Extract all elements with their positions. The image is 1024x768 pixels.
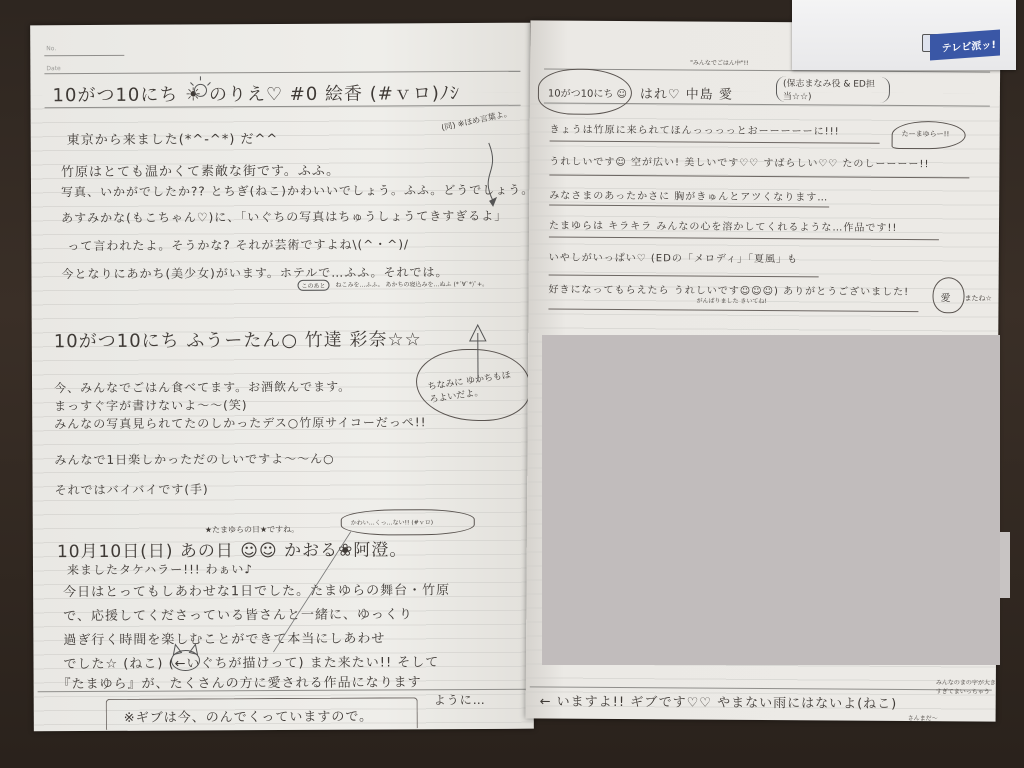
date-heart: 10がつ10にち ☺ [548, 84, 627, 100]
balloon-note: たーまゆらー!! [902, 129, 950, 139]
entry3-superscript: ★たまゆらの日★ですね。 [205, 524, 299, 535]
entry-line: みなさまのあったかさに 胸がきゅんとアツくなります… [549, 187, 828, 204]
entry-line: いやしがいっぱい♡ (EDの「メロディ」「夏風」も [549, 249, 798, 266]
after-badge: このあと [297, 280, 329, 291]
entry-line: きょうは竹原に来られてほんっっっっとおーーーーーに!!! [550, 121, 840, 138]
heart-note: 愛 [940, 289, 950, 304]
entry-title: はれ♡ 中島 愛 [640, 83, 733, 103]
entry1-line: って言われたよ。そうかな? それが芸術ですよね\(^・^)/ [67, 235, 409, 254]
sub-note: がんばりました きいてね! [696, 296, 766, 305]
header-note: "みんなでごはん中"!! [690, 57, 748, 66]
no-field-line [44, 55, 124, 56]
entry3-line: 過ぎ行く時間を楽しむことができて本当にしあわせ [63, 627, 385, 648]
small-note: みんなのまの字が大きすぎてまいっちゃう [936, 677, 996, 695]
entry2-line: それではバイバイです(手) [55, 480, 209, 498]
entry2-line: 今、みんなでごはん食べてます。お酒飲んでます。 [54, 378, 351, 397]
speech-note: かわい…くっ…ない!! (#ｖロ) [351, 517, 433, 526]
redacted-region-notch [1000, 532, 1010, 598]
redacted-region [542, 335, 1000, 665]
entry2-line: まっすぐ字が書けないよ〜〜(笑) [54, 396, 247, 414]
date-label: Date [46, 65, 60, 72]
entry3-line: で、応援してくださっている皆さんと一緒に、ゆっくり [63, 603, 413, 624]
entry-line: うれしいです☺ 空が広い! 美しいです♡♡ すばらしい♡♡ たのしーーーー!! [549, 153, 929, 171]
entry2-line: みんなの写真見られてたのしかったデス○竹原サイコーだっぺ!! [54, 413, 426, 432]
tv-logo: テレビ派ッ! [930, 30, 1000, 61]
entry1-line: あすみかな(もこちゃん♡)に、「いぐちの写真はちゅうしょうてきすぎるよ」 [61, 207, 507, 226]
entry3-title: 10月10日(日) あの日 ☺☺ かおる❀阿澄。 [57, 535, 408, 562]
notebook-left-page: No. Date 10がつ10にち ☀ のりえ♡ #0 絵香 (#ｖロ)ﾉｼ 東… [30, 23, 534, 732]
entry3-line: 今日はとってもしあわせな1日でした。たまゆらの舞台・竹原 [63, 579, 450, 600]
entry1-line: 竹原はとても温かくて素敵な街です。ふふ。 [61, 160, 340, 180]
role-bracket: (保志まなみ役 & ED担当☆☆) [776, 76, 890, 103]
entry3-line: ように… [434, 691, 486, 708]
bottom-line: ← いますよ!! ギブです♡♡ やまない雨にはないよ(ねこ) [540, 690, 898, 711]
entry-line: たまゆらは キラキラ みんなの心を溶かしてくれるような…作品です!! [549, 217, 897, 234]
no-label: No. [46, 45, 56, 52]
entry1-line: 写真、いかがでしたか?? とちぎ(ねこ)かわいいでしょう。ふふ。どうでしょう。 [61, 181, 534, 200]
entry2-line: みんなで1日楽しかっただのしいですよ〜〜ん○ [54, 450, 334, 468]
small-note: さんまだ〜 [908, 713, 938, 722]
entry1-title: 10がつ10にち ☀ のりえ♡ #0 絵香 (#ｖロ)ﾉｼ [52, 79, 459, 107]
entry3-line: でした☆ (ねこ) (←いぐちが描けって) また来たい!! そして [63, 651, 439, 672]
date-field-line [44, 71, 520, 74]
after-note: ねこみを…ふふ。 あかちの寝込みを…ぬふ (*´∀`*)ﾟ+。 [335, 279, 488, 289]
heart-trail: またね☆ [964, 293, 991, 303]
tv-program-card: テレビ派ッ! [792, 0, 1016, 70]
entry2-title: 10がつ10にち ふうーたん○ 竹達 彩奈☆☆ [54, 325, 422, 353]
entry3-line: 来ましたタケハラー!!! わぁい♪ [67, 560, 253, 578]
footer-note: ※ギブは今、のんでくっていますので。 [124, 706, 373, 726]
entry1-line: 東京から来ました(*^-^*) だ^^ [67, 128, 279, 148]
